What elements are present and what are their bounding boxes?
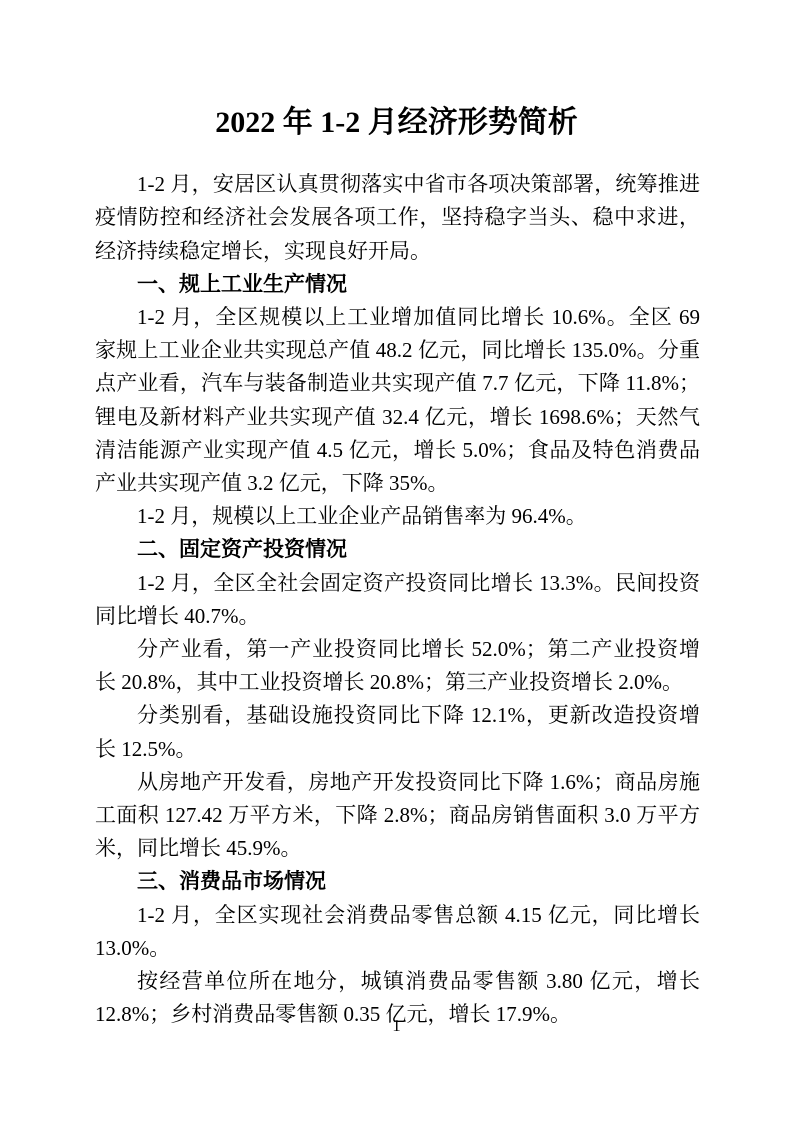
section-heading-industry: 一、规上工业生产情况 — [95, 268, 700, 301]
intro-paragraph: 1-2 月，安居区认真贯彻落实中省市各项决策部署，统筹推进疫情防控和经济社会发展… — [95, 168, 700, 268]
investment-by-sector-paragraph: 分产业看，第一产业投资同比增长 52.0%；第二产业投资增长 20.8%，其中工… — [95, 633, 700, 699]
document-title: 2022 年 1-2 月经济形势简析 — [0, 20, 793, 144]
document-page: 2022 年 1-2 月经济形势简析 1-2 月，安居区认真贯彻落实中省市各项决… — [0, 0, 793, 1122]
document-body: 1-2 月，安居区认真贯彻落实中省市各项决策部署，统筹推进疫情防控和经济社会发展… — [95, 168, 700, 1031]
retail-total-paragraph: 1-2 月，全区实现社会消费品零售总额 4.15 亿元，同比增长 13.0%。 — [95, 899, 700, 965]
industry-output-paragraph: 1-2 月，全区规模以上工业增加值同比增长 10.6%。全区 69 家规上工业企… — [95, 301, 700, 500]
section-heading-consumer-market: 三、消费品市场情况 — [95, 865, 700, 898]
investment-total-paragraph: 1-2 月，全区全社会固定资产投资同比增长 13.3%。民间投资同比增长 40.… — [95, 567, 700, 633]
industry-sales-rate-paragraph: 1-2 月，规模以上工业企业产品销售率为 96.4%。 — [95, 500, 700, 533]
page-number: 1 — [0, 1016, 793, 1036]
real-estate-paragraph: 从房地产开发看，房地产开发投资同比下降 1.6%；商品房施工面积 127.42 … — [95, 766, 700, 866]
section-heading-investment: 二、固定资产投资情况 — [95, 533, 700, 566]
investment-by-type-paragraph: 分类别看，基础设施投资同比下降 12.1%，更新改造投资增长 12.5%。 — [95, 699, 700, 765]
